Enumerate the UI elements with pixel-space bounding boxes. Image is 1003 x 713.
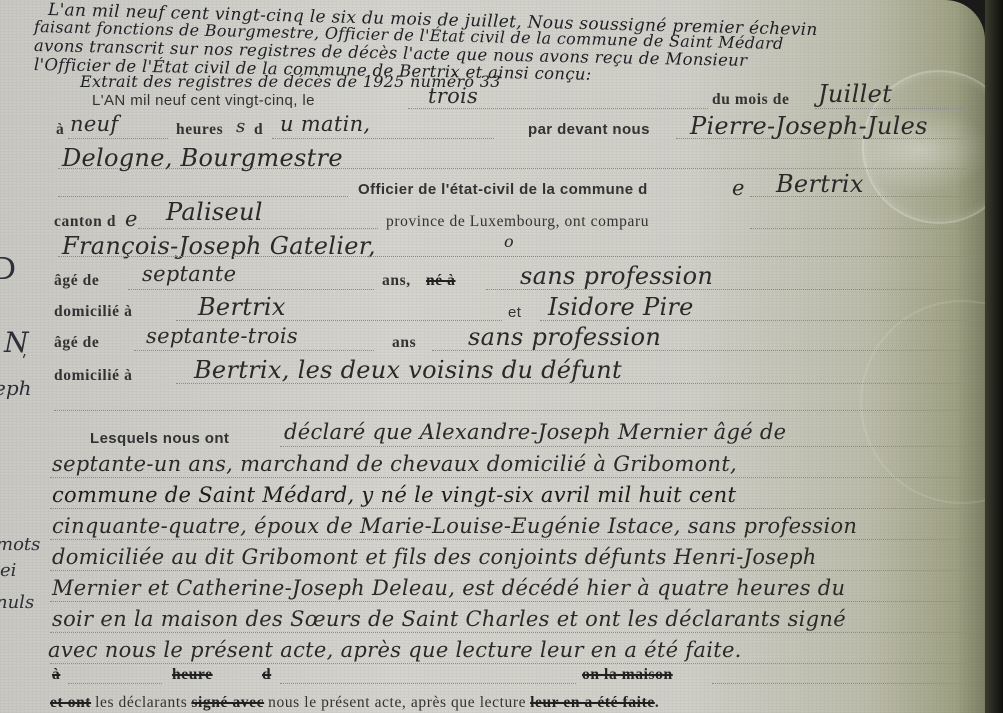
- handwritten-officer-name: Pierre-Joseph-Jules: [690, 112, 928, 140]
- handwritten-witness-2: Isidore Pire: [548, 293, 694, 321]
- fill-line: [750, 228, 966, 229]
- handwritten-age-2: septante-trois: [146, 324, 298, 348]
- fill-line: [50, 601, 966, 602]
- fill-line: [54, 410, 966, 411]
- fill-line: [176, 320, 502, 321]
- handwritten-domicile-1: Bertrix: [198, 293, 286, 321]
- handwritten-mark: o: [504, 232, 514, 251]
- printed-province-label: province de Luxembourg, ont comparu: [386, 213, 649, 231]
- printed-month-label: du mois de: [712, 91, 790, 109]
- margin-note: mots: [0, 534, 40, 555]
- fill-line: [750, 196, 966, 197]
- handwritten-e: e: [732, 176, 745, 200]
- fill-line: [58, 168, 966, 169]
- printed-years-label: ans,: [382, 272, 411, 290]
- margin-note: ei: [0, 560, 16, 581]
- fill-line: [280, 446, 966, 447]
- handwritten-profession-2: sans profession: [468, 323, 661, 351]
- declaration-line: déclaré que Alexandre-Joseph Mernier âgé…: [284, 420, 786, 444]
- struck-hour: heure: [172, 666, 213, 684]
- handwritten-hour: neuf: [70, 112, 118, 136]
- fill-line: [280, 683, 576, 684]
- fill-line: [540, 320, 966, 321]
- handwritten-profession-1: sans profession: [520, 262, 713, 290]
- fill-line: [58, 196, 348, 197]
- printed-text: nous le présent acte, après que lecture: [268, 694, 526, 711]
- register-page: L'an mil neuf cent vingt-cinq le six du …: [0, 0, 985, 713]
- margin-note: D: [0, 252, 16, 287]
- printed-canton-label: canton d: [54, 213, 116, 231]
- declaration-line: commune de Saint Médard, y né le vingt-s…: [52, 483, 736, 507]
- struck-signature-line: et ont les déclarants signé avec nous le…: [50, 694, 659, 712]
- declaration-line: cinquante-quatre, époux de Marie-Louise-…: [52, 514, 857, 538]
- printed-years-label: ans: [392, 334, 416, 352]
- fill-line: [68, 138, 168, 139]
- printed-d: d: [254, 121, 263, 139]
- margin-note: eph: [0, 376, 32, 400]
- book-binding-edge: [985, 0, 1003, 713]
- struck-at: à: [52, 666, 60, 684]
- fill-line: [50, 570, 966, 571]
- printed-before-us: par devant nous: [528, 121, 650, 138]
- declaration-line: septante-un ans, marchand de chevaux dom…: [52, 452, 737, 476]
- struck-text: et ont: [50, 694, 91, 711]
- printed-domicile-label: domicilié à: [54, 303, 133, 321]
- handwritten-month: Juillet: [818, 80, 892, 108]
- printed-text: .: [655, 694, 659, 711]
- fill-line: [176, 383, 966, 384]
- handwritten-e: e: [125, 207, 138, 231]
- declaration-line: domiciliée au dit Gribomont et fils des …: [52, 545, 817, 569]
- printed-text: les déclarants: [95, 694, 187, 711]
- fill-line: [50, 477, 966, 478]
- printed-domicile-label: domicilié à: [54, 367, 133, 385]
- printed-hours-label: heures: [176, 121, 223, 139]
- printed-and: et: [508, 304, 521, 321]
- declaration-line: soir en la maison des Sœurs de Saint Cha…: [52, 607, 846, 631]
- struck-text: signé avec: [191, 694, 264, 711]
- printed-age-label: âgé de: [54, 334, 99, 352]
- printed-a: à: [56, 121, 64, 139]
- fill-line: [138, 228, 378, 229]
- struck-d: d: [262, 666, 271, 684]
- embossed-seal-faint: [860, 300, 1003, 504]
- printed-officer-label: Officier de l'état-civil de la commune d: [358, 181, 648, 198]
- margin-note: nuls: [0, 592, 34, 613]
- struck-text: leur en a été faite: [530, 694, 655, 711]
- printed-age-label: âgé de: [54, 272, 99, 290]
- fill-line: [815, 108, 965, 109]
- fill-line: [128, 289, 374, 290]
- handwritten-age-1: septante: [142, 262, 236, 286]
- fill-line: [272, 138, 494, 139]
- fill-line: [432, 350, 966, 351]
- fill-line: [486, 289, 966, 290]
- handwritten-period: u matin,: [280, 112, 370, 136]
- handwritten-domicile-2: Bertrix, les deux voisins du défunt: [194, 356, 622, 384]
- fill-line: [712, 683, 966, 684]
- fill-line: [408, 108, 708, 109]
- fill-line: [68, 683, 162, 684]
- fill-line: [58, 256, 966, 257]
- declaration-line: avec nous le présent acte, après que lec…: [48, 638, 742, 662]
- fill-line: [50, 539, 966, 540]
- fill-line: [50, 632, 966, 633]
- handwritten-day: trois: [428, 84, 478, 108]
- margin-note: ʹ: [22, 352, 26, 371]
- fill-line: [50, 663, 966, 664]
- handwritten-commune: Bertrix: [776, 170, 864, 198]
- fill-line: [134, 350, 374, 351]
- printed-year-label: L'AN mil neuf cent vingt-cinq, le: [92, 92, 315, 109]
- struck-in-the-house: on la maison: [582, 666, 673, 684]
- fill-line: [50, 508, 966, 509]
- handwritten-s: s: [236, 116, 246, 137]
- handwritten-canton: Paliseul: [166, 198, 263, 226]
- printed-declaration-intro: Lesquels nous ont: [90, 430, 229, 447]
- printed-born-struck: né à: [426, 272, 456, 290]
- declaration-line: Mernier et Catherine-Joseph Deleau, est …: [52, 576, 845, 600]
